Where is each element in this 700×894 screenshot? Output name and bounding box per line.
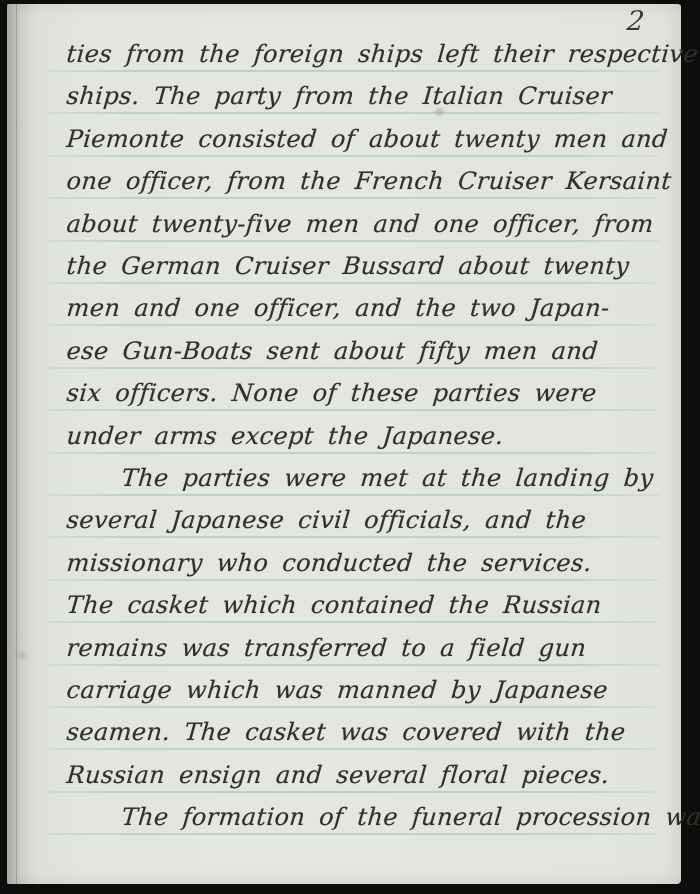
handwriting-line: seamen. The casket was covered with the bbox=[65, 712, 627, 752]
handwriting-line: The casket which contained the Russian bbox=[65, 585, 603, 625]
handwriting-line: ties from the foreign ships left their r… bbox=[65, 34, 700, 74]
handwriting-line: about twenty-five men and one officer, f… bbox=[65, 204, 655, 244]
handwriting-line: Piemonte consisted of about twenty men a… bbox=[65, 119, 670, 159]
notebook-page: 2 ties from the foreign ships left their… bbox=[7, 4, 681, 884]
handwriting-line: The parties were met at the landing by bbox=[120, 458, 655, 498]
handwriting-line: the German Cruiser Bussard about twenty bbox=[65, 246, 631, 286]
handwriting-line: several Japanese civil officials, and th… bbox=[65, 500, 588, 540]
handwriting-line: men and one officer, and the two Japan- bbox=[65, 288, 611, 328]
handwriting-line: carriage which was manned by Japanese bbox=[65, 670, 610, 710]
handwriting-line: The formation of the funeral procession … bbox=[120, 797, 700, 837]
handwriting-line: missionary who conducted the services. bbox=[65, 543, 594, 583]
handwriting-line: Russian ensign and several floral pieces… bbox=[65, 755, 611, 795]
handwritten-text: ties from the foreign ships left their r… bbox=[7, 4, 681, 884]
handwriting-line: one officer, from the French Cruiser Ker… bbox=[65, 161, 673, 201]
handwriting-line: remains was transferred to a field gun bbox=[65, 628, 588, 668]
handwriting-line: ships. The party from the Italian Cruise… bbox=[65, 76, 614, 116]
handwriting-line: under arms except the Japanese. bbox=[65, 416, 505, 456]
handwriting-line: six officers. None of these parties were bbox=[65, 373, 598, 413]
handwriting-line: ese Gun-Boats sent about fifty men and bbox=[65, 331, 600, 371]
